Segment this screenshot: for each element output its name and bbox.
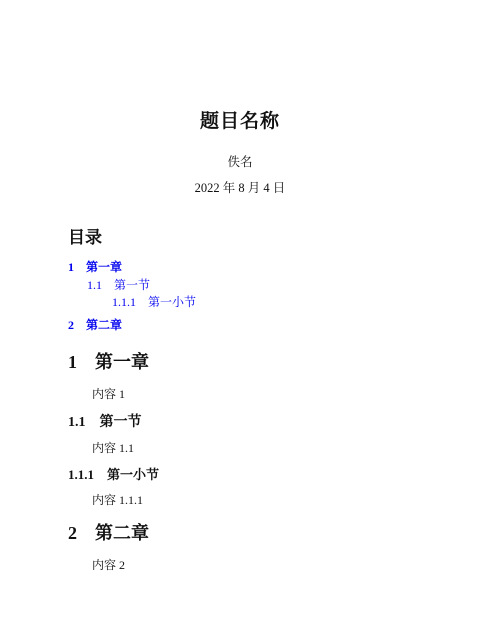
- section-body-2: 内容 2: [92, 558, 440, 573]
- document-author: 佚名: [0, 155, 480, 170]
- section-heading-1-1-1: 1.1.1第一小节: [68, 467, 440, 483]
- section-title: 第一小节: [107, 467, 159, 482]
- toc-entry-label: 第一节: [114, 278, 150, 292]
- toc-entry-chapter-2[interactable]: 2第二章: [68, 317, 440, 335]
- toc-entry-section-1-1[interactable]: 1.1第一节: [68, 277, 440, 295]
- toc-entry-subsection-1-1-1[interactable]: 1.1.1第一小节: [68, 294, 440, 312]
- toc-entry-label: 第一小节: [148, 295, 196, 309]
- document-title: 题目名称: [0, 111, 480, 134]
- document-body: 目录 1第一章 1.1第一节 1.1.1第一小节 2第二章 1第一章 内容 1 …: [0, 228, 480, 573]
- section-title: 第一节: [100, 415, 142, 430]
- section-body-1-1-1: 内容 1.1.1: [92, 493, 440, 508]
- title-block: 题目名称 佚名 2022 年 8 月 4 日: [0, 0, 480, 196]
- toc-entry-number: 1.1: [87, 277, 102, 295]
- section-heading-1: 1第一章: [68, 352, 440, 374]
- toc-entry-label: 第二章: [86, 318, 122, 332]
- toc-entry-label: 第一章: [86, 260, 122, 274]
- toc-entry-number: 1.1.1: [112, 294, 136, 312]
- table-of-contents: 1第一章 1.1第一节 1.1.1第一小节 2第二章: [68, 259, 440, 334]
- document-page: 题目名称 佚名 2022 年 8 月 4 日 目录 1第一章 1.1第一节 1.…: [0, 0, 480, 625]
- section-title: 第二章: [95, 523, 149, 543]
- section-body-1: 内容 1: [92, 387, 440, 402]
- section-number: 1.1.1: [68, 467, 94, 483]
- document-date: 2022 年 8 月 4 日: [0, 181, 480, 196]
- section-body-1-1: 内容 1.1: [92, 441, 440, 456]
- section-number: 1.1: [68, 415, 86, 432]
- toc-entry-chapter-1[interactable]: 1第一章: [68, 259, 440, 277]
- section-heading-1-1: 1.1第一节: [68, 415, 440, 432]
- toc-entry-number: 1: [68, 259, 74, 277]
- section-number: 2: [68, 523, 77, 545]
- toc-entry-number: 2: [68, 317, 74, 335]
- toc-heading: 目录: [68, 228, 440, 248]
- section-title: 第一章: [95, 352, 149, 372]
- section-number: 1: [68, 352, 77, 374]
- section-heading-2: 2第二章: [68, 523, 440, 545]
